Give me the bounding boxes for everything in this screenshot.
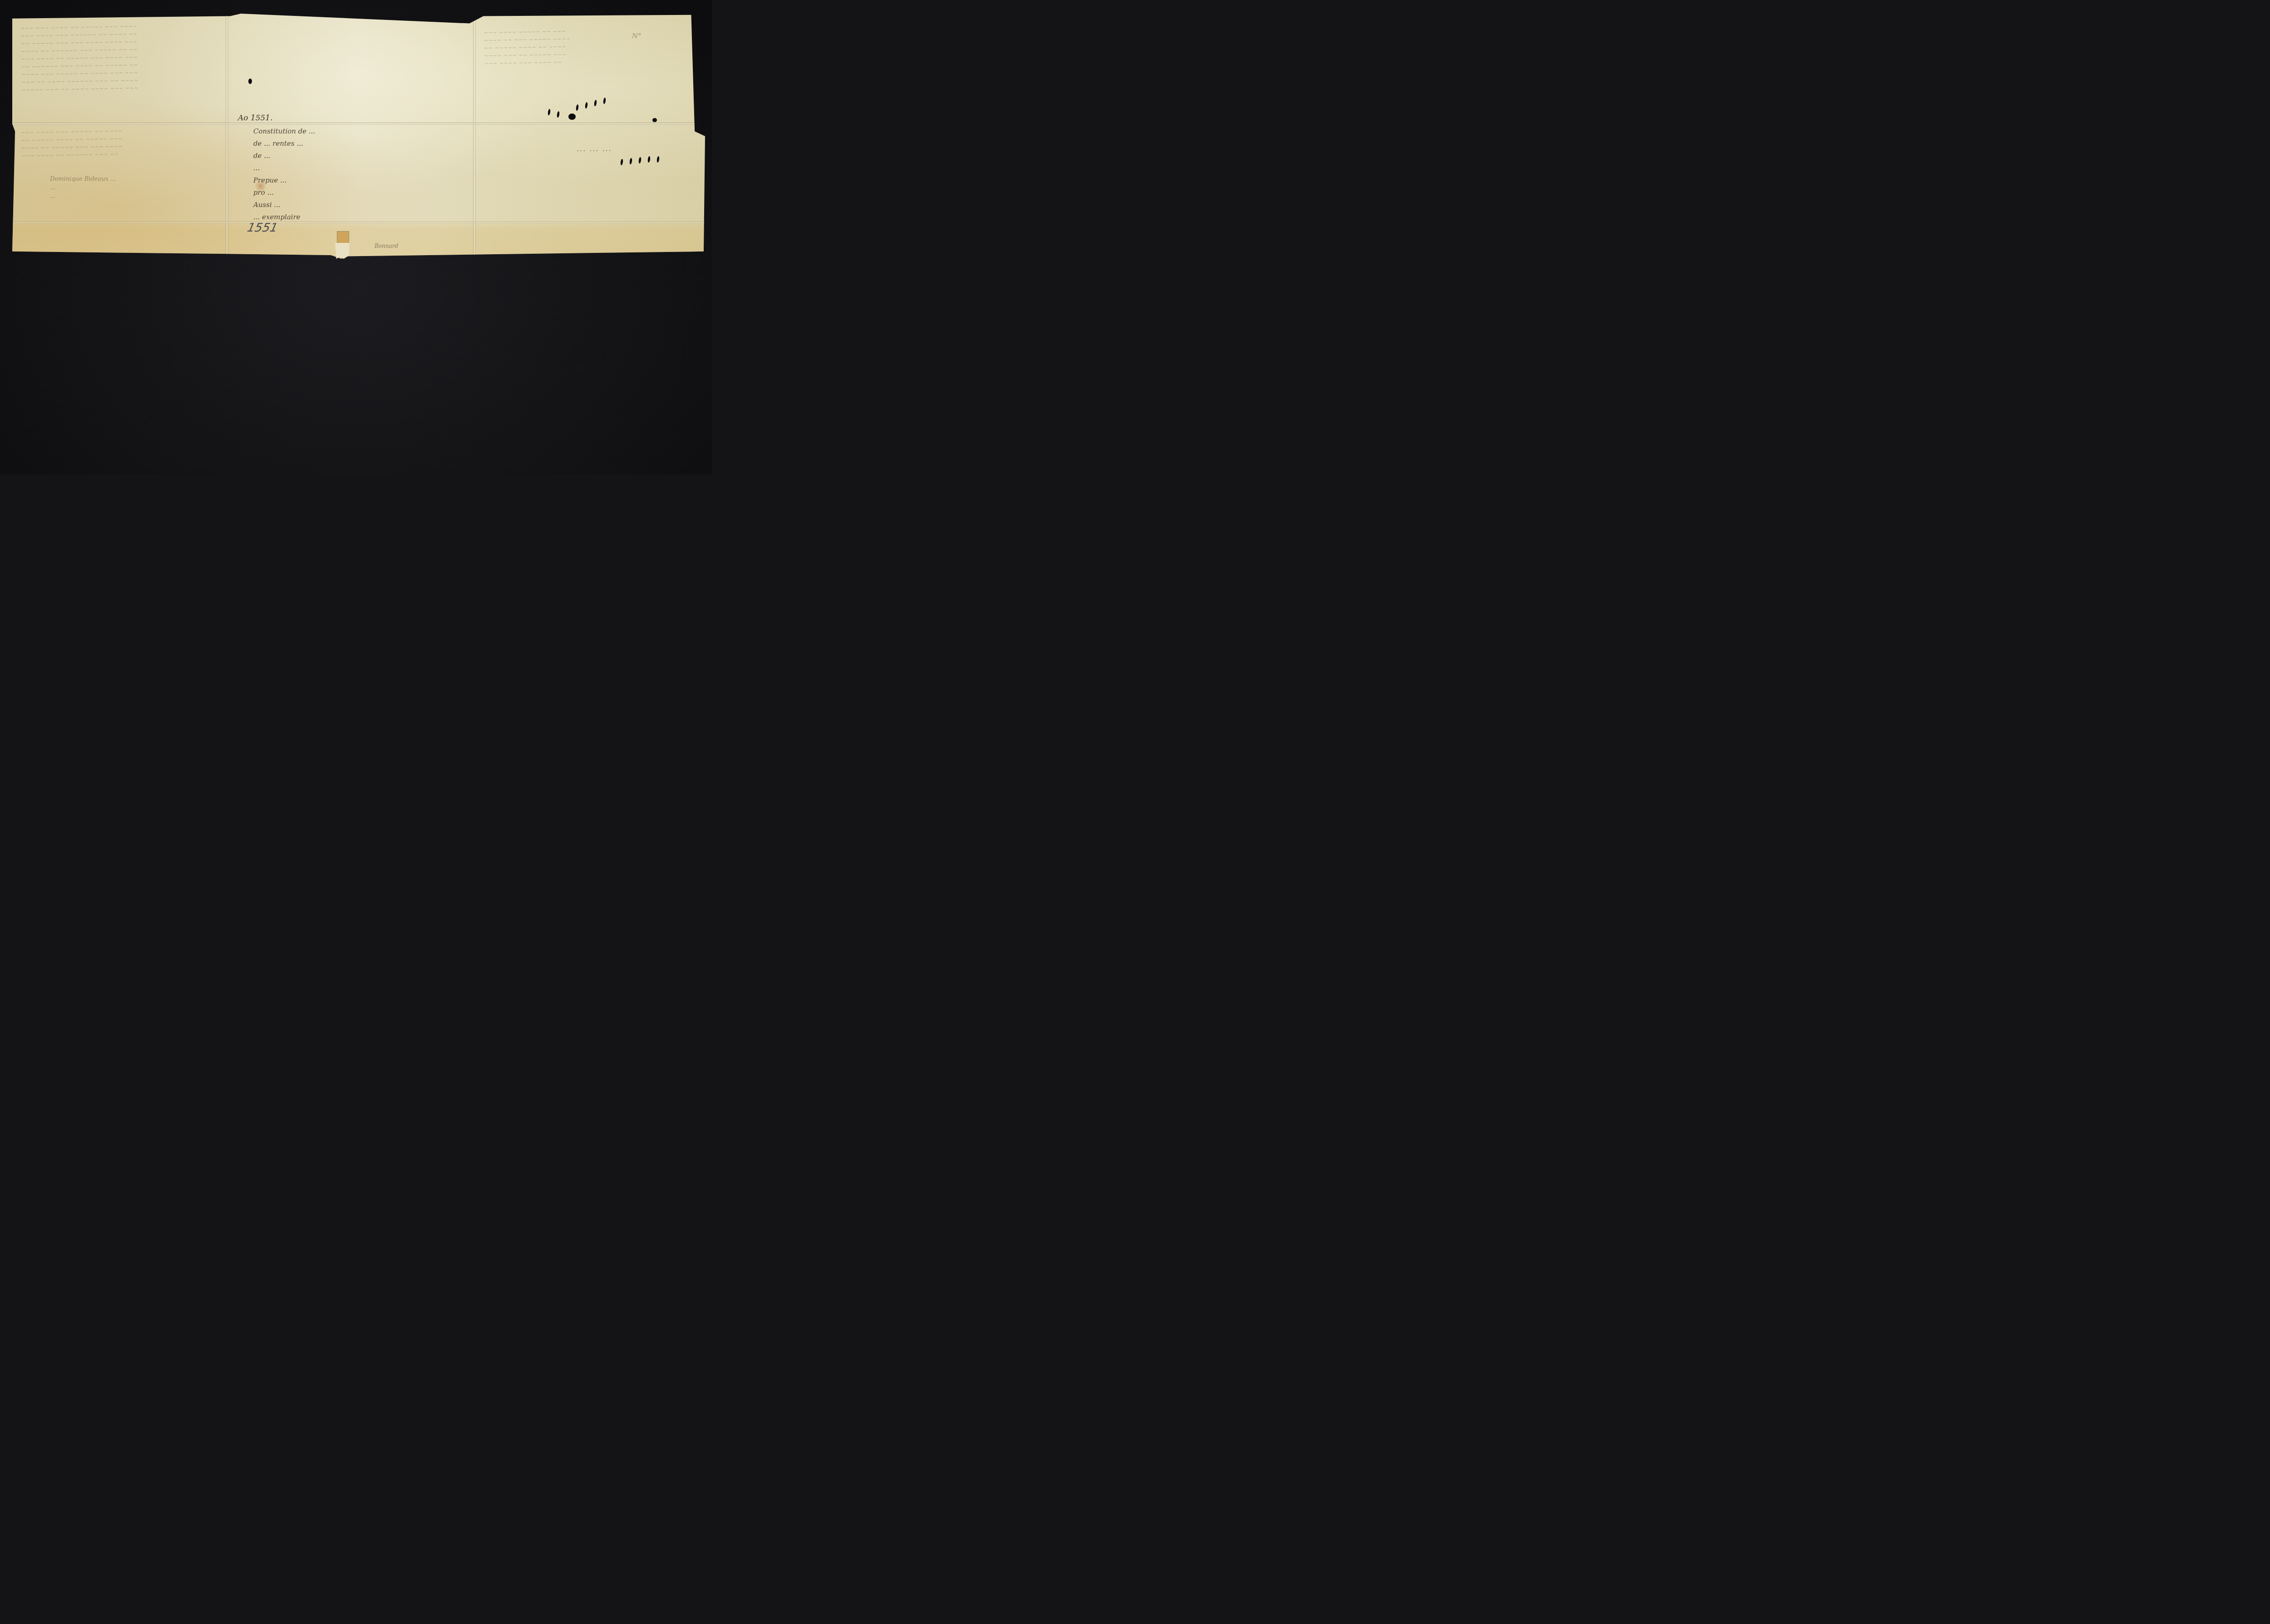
lower-signature: Bonnard [375, 243, 398, 249]
faint-bleedthrough-text-upper-left: ~~~ ~~~ ~~~~ ~~ ~~~~~ ~~~ ~~~~ ~~~ ~~~~ … [20, 21, 222, 124]
endorsement-line: ... [50, 183, 186, 192]
stitch-hole [647, 156, 651, 163]
stitch-hole [620, 159, 623, 166]
docket-line: Prepue ... [253, 174, 471, 187]
docket-line: Constitution de ... [253, 125, 471, 138]
pencil-year-number: 1551 [246, 221, 279, 235]
docket-line: de ... rentes ... [253, 138, 471, 150]
docket-line: de ... [253, 150, 471, 162]
archival-docket: Ao 1551. Constitution de ... de ... rent… [235, 114, 471, 223]
parchment-tag [337, 231, 349, 244]
docket-line: ... [253, 162, 471, 174]
stitch-hole [638, 157, 642, 164]
docket-line: Aussi ... [253, 199, 471, 211]
pin-hole [652, 118, 657, 122]
endorsement-line: ... [50, 192, 186, 201]
seal-hole [568, 114, 576, 120]
stitch-hole [656, 156, 660, 163]
endorsement-line: Dominique Bideaux ... [50, 175, 186, 183]
pin-hole [248, 79, 252, 84]
docket-date: Ao 1551. [238, 114, 471, 123]
corner-mark: N° [632, 32, 642, 40]
parchment-tag-tail [335, 243, 350, 259]
lower-left-endorsement: Dominique Bideaux ... ... ... [50, 175, 186, 201]
right-panel-scribble: ... ... ... [577, 144, 612, 153]
stitch-hole [629, 158, 632, 165]
docket-line: ... exemplaire [253, 211, 471, 223]
docket-line: pro ... [253, 187, 471, 199]
